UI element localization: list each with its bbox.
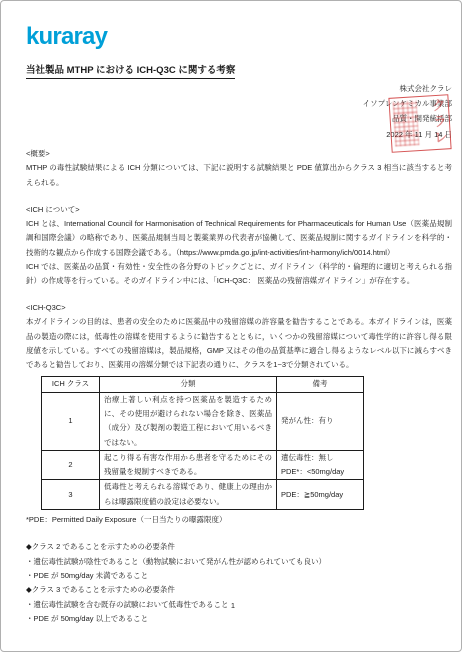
cell-remarks-3: PDE：≧50mg/day	[277, 480, 364, 510]
pde-footnote: *PDE：Permitted Daily Exposure（一日当たりの曝露限度…	[26, 513, 452, 527]
kuraray-logo: kuraray	[26, 25, 107, 49]
section-heading-ich: <ICH について>	[26, 203, 452, 217]
col-header-remarks: 備考	[277, 376, 364, 392]
document-title-text: 当社製品 MTHP における ICH-Q3C に関する考察	[26, 65, 235, 79]
criteria-heading-class2: ◆クラス 2 であることを示すための必要条件	[26, 540, 452, 554]
section-heading-overview: <概要>	[26, 147, 452, 161]
red-hanko-stamp: クラレ	[388, 94, 451, 153]
cell-remarks-2: 遺伝毒性：無し PDE*：<50mg/day	[277, 450, 364, 480]
cell-classification-3: 低毒性と考えられる溶媒であり、健康上の理由からは曝露限度値の設定は必要ない。	[100, 480, 277, 510]
col-header-classification: 分類	[100, 376, 277, 392]
remark-line: 遺伝毒性：無し	[281, 451, 359, 465]
table-header-row: ICH クラス 分類 備考	[42, 376, 364, 392]
table-row: 2 起こり得る有害な作用から患者を守るためにその残留量を規制すべきである。 遺伝…	[42, 450, 364, 480]
stamp-text: クラレ	[430, 97, 448, 146]
overview-paragraph: MTHP の毒性試験結果による ICH 分類については、下記に説明する試験結果と…	[26, 161, 452, 190]
ichq3c-paragraph: 本ガイドラインの目的は、患者の安全のために医薬品中の残留溶媒の許容量を勧告するこ…	[26, 315, 452, 372]
cell-class-3: 3	[42, 480, 100, 510]
document-page: kuraray 当社製品 MTHP における ICH-Q3C に関する考察 株式…	[0, 0, 462, 652]
cell-class-2: 2	[42, 450, 100, 480]
criteria-list: ◆クラス 2 であることを示すための必要条件 ・遺伝毒性試験が陰性であること（動…	[26, 540, 452, 626]
cell-classification-2: 起こり得る有害な作用から患者を守るためにその残留量を規制すべきである。	[100, 450, 277, 480]
cell-remarks-1: 発がん性：有り	[277, 392, 364, 450]
criteria-item: ・PDE が 50mg/day 以上であること	[26, 612, 452, 626]
cell-classification-1: 治療上著しい利点を持つ医薬品を製造するために、その使用が避けられない場合を除き、…	[100, 392, 277, 450]
ich-paragraph-1: ICH とは、International Council for Harmoni…	[26, 217, 452, 260]
col-header-ich-class: ICH クラス	[42, 376, 100, 392]
page-number: 1	[26, 601, 440, 610]
criteria-heading-class3: ◆クラス 3 であることを示すための必要条件	[26, 583, 452, 597]
document-title: 当社製品 MTHP における ICH-Q3C に関する考察	[26, 65, 235, 79]
ich-class-table: ICH クラス 分類 備考 1 治療上著しい利点を持つ医薬品を製造するために、そ…	[41, 376, 364, 510]
remark-line: 発がん性：有り	[281, 414, 359, 428]
table-row: 1 治療上著しい利点を持つ医薬品を製造するために、その使用が避けられない場合を除…	[42, 392, 364, 450]
remark-line: PDE：≧50mg/day	[281, 488, 359, 502]
remark-line: PDE*：<50mg/day	[281, 465, 359, 479]
document-body: <概要> MTHP の毒性試験結果による ICH 分類については、下記に説明する…	[26, 147, 452, 626]
cell-class-1: 1	[42, 392, 100, 450]
table-row: 3 低毒性と考えられる溶媒であり、健康上の理由からは曝露限度値の設定は必要ない。…	[42, 480, 364, 510]
section-heading-ichq3c: <ICH-Q3C>	[26, 301, 452, 315]
criteria-item: ・PDE が 50mg/day 未満であること	[26, 569, 452, 583]
criteria-item: ・遺伝毒性試験が陰性であること（動物試験において発がん性が認められていても良い）	[26, 555, 452, 569]
ich-paragraph-2: ICH では、医薬品の品質・有効性・安全性の各分野のトピックごとに、ガイドライン…	[26, 260, 452, 289]
